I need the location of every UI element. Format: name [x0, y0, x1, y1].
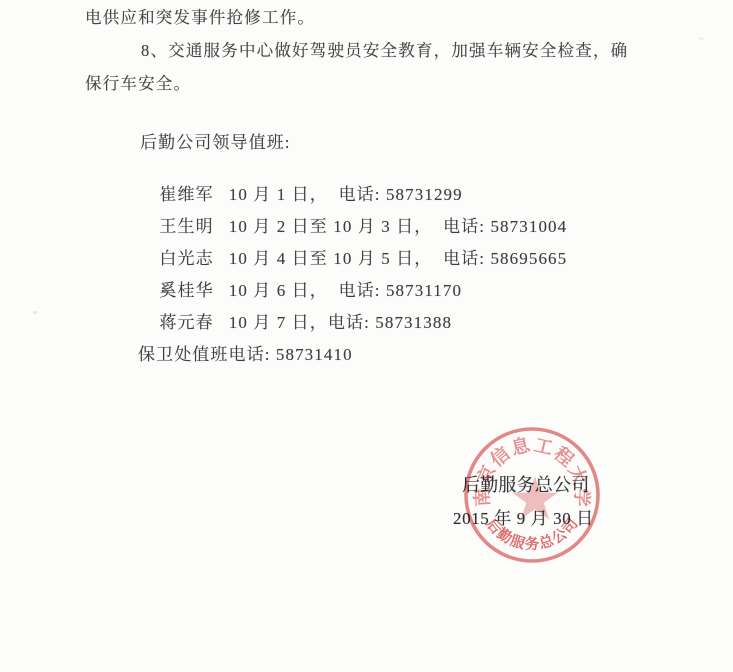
duty-heading: 后勤公司领导值班: [140, 128, 291, 153]
document-page: 电供应和突发事件抢修工作。 8、交通服务中心做好驾驶员安全教育，加强车辆安全检查… [0, 0, 733, 672]
scan-artifact [33, 311, 37, 314]
scan-artifact [699, 37, 704, 40]
body-line: 保行车安全。 [85, 70, 191, 94]
svg-text:息: 息 [509, 434, 533, 460]
body-line: 8、交通服务中心做好驾驶员安全教育，加强车辆安全检查，确 [141, 37, 628, 61]
duty-schedule-phone: 10 月 7 日，电话: 58731388 [229, 313, 452, 332]
svg-text:程: 程 [550, 443, 579, 472]
svg-text:工: 工 [532, 436, 555, 460]
duty-person-name: 蒋元春 [159, 313, 213, 332]
signature-company: 后勤服务总公司 [462, 471, 589, 497]
svg-text:服: 服 [508, 532, 527, 553]
security-office-phone: 保卫处值班电话: 58731410 [138, 340, 353, 365]
svg-text:务: 务 [525, 535, 540, 553]
signature-date: 2015 年 9 月 30 日 [453, 504, 594, 529]
svg-text:信: 信 [486, 442, 515, 471]
body-line: 电供应和突发事件抢修工作。 [85, 4, 315, 28]
svg-text:总: 总 [537, 531, 557, 553]
